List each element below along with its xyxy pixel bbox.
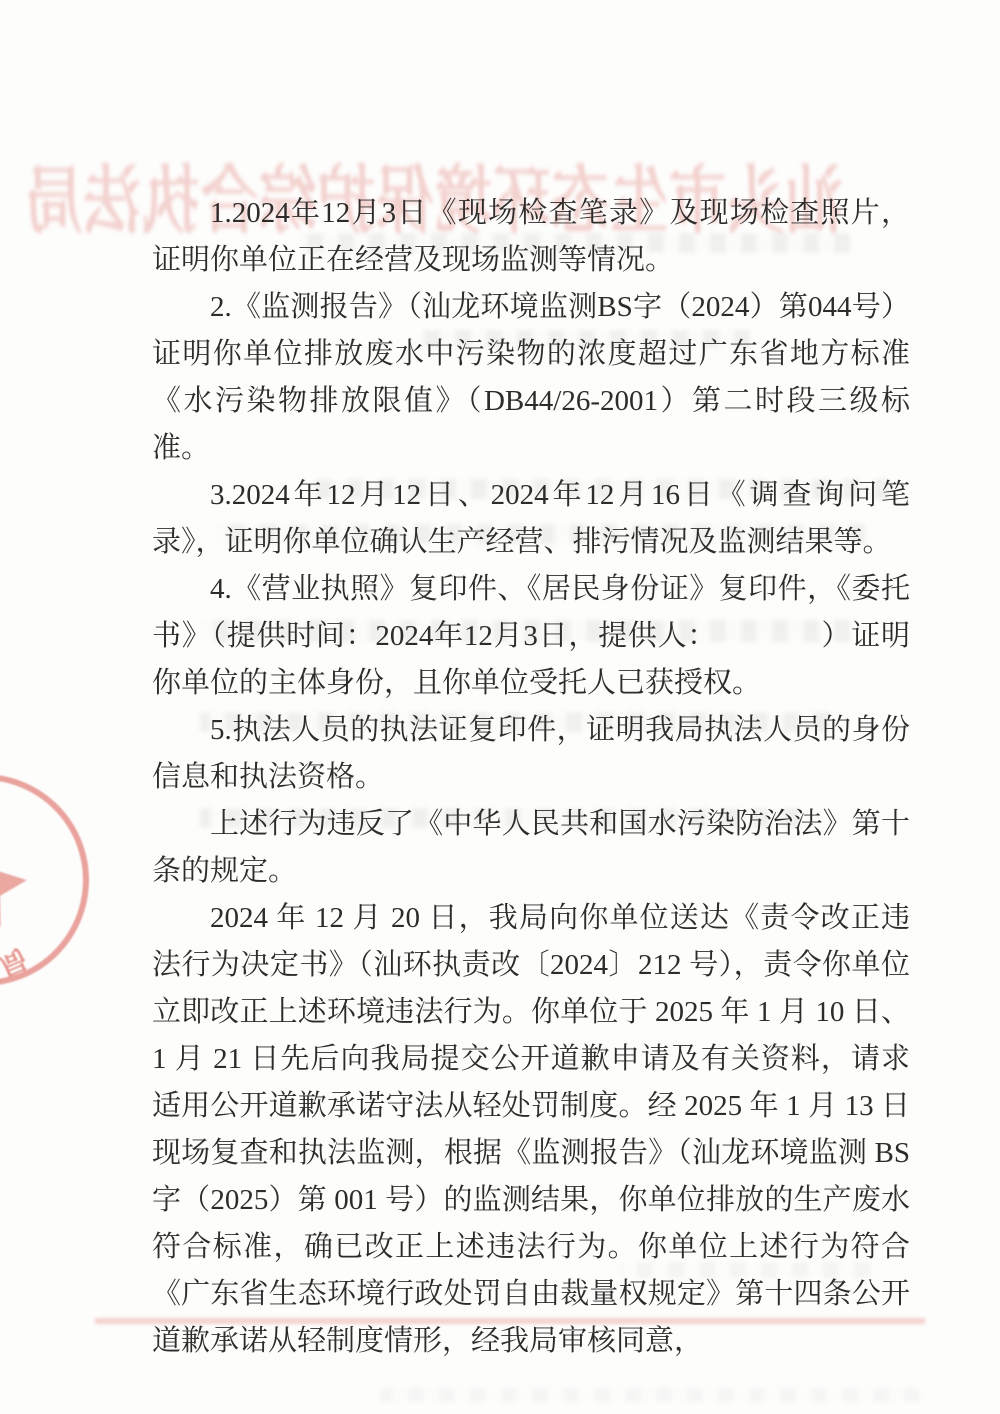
- bleed-through-artifact: [380, 1388, 920, 1402]
- evidence-item-4: 4.《营业执照》复印件、《居民身份证》复印件，《委托书》（提供时间：2024年1…: [152, 566, 910, 707]
- correction-paragraph: 2024 年 12 月 20 日，我局向你单位送达《责令改正违法行为决定书》（汕…: [152, 895, 910, 1365]
- evidence-item-1: 1.2024年12月3日《现场检查笔录》及现场检查照片，证明你单位正在经营及现场…: [152, 190, 910, 284]
- red-seal-bleed-through: 汕头市生态环境局: [0, 745, 118, 1015]
- seal-ring: [0, 777, 86, 983]
- scanned-document-page: 汕头市生态环境保护综合执法局 汕头市生态环境局 1.2024年12月3日《现场检…: [0, 0, 1000, 1414]
- violation-statement: 上述行为违反了《中华人民共和国水污染防治法》第十条的规定。: [152, 801, 910, 895]
- evidence-item-5: 5.执法人员的执法证复印件，证明我局执法人员的身份信息和执法资格。: [152, 707, 910, 801]
- evidence-item-3: 3.2024年12月12日、2024年12月16日《调查询问笔录》，证明你单位确…: [152, 472, 910, 566]
- seal-text: 汕头市生态环境局: [0, 777, 39, 984]
- seal-star-icon: [0, 832, 33, 930]
- document-body: 1.2024年12月3日《现场检查笔录》及现场检查照片，证明你单位正在经营及现场…: [152, 190, 910, 1365]
- evidence-item-2: 2.《监测报告》（汕龙环境监测BS字（2024）第044号）证明你单位排放废水中…: [152, 284, 910, 472]
